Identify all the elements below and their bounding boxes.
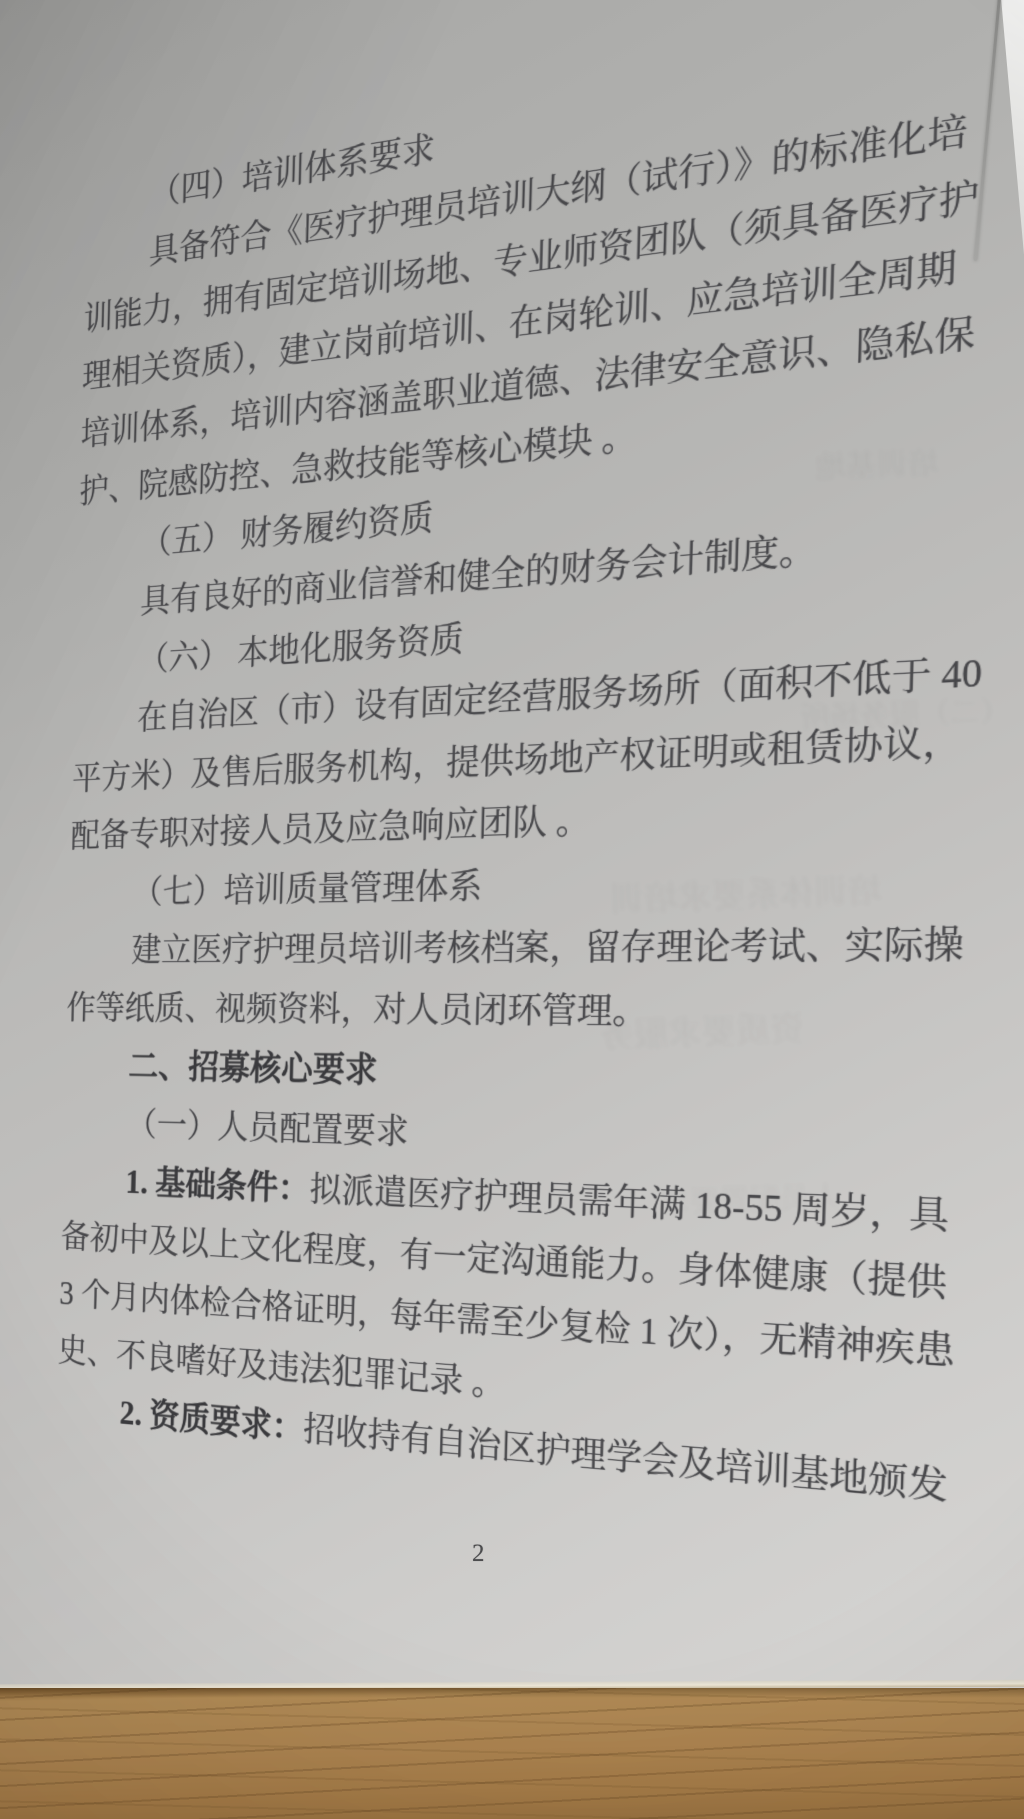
text-segment: （一）人员配置要求 (127, 1106, 409, 1152)
document-text-block: （四）培训体系要求具备符合《医疗护理员培训大纲（试行）》的标准化培训能力，拥有固… (56, 29, 973, 1519)
text-segment: 建立医疗护理员培训考核档案，留存理论考试、实际操 (131, 924, 965, 968)
text-segment: 作等纸质、视频资料，对人员闭环管理。 (66, 990, 649, 1032)
text-segment: 二、招募核心要求 (128, 1048, 378, 1090)
page-number: 2 (472, 1540, 485, 1568)
text-line: 作等纸质、视频资料，对人员闭环管理。 (66, 980, 945, 1048)
text-segment: 配备专职对接人员及应急响应团队 。 (70, 801, 591, 854)
photo-scene: 培训体系要求培训 （二）服务场所 资质要求服务 培训基地 人员配置要求 （四）培… (0, 0, 1024, 1819)
text-line: 建立医疗护理员培训考核档案，留存理论考试、实际操 (67, 912, 946, 980)
text-segment: 1. 基础条件： (125, 1164, 310, 1209)
paper-right-edge (974, 0, 1001, 261)
text-segment: （七）培训质量管理体系 (132, 867, 482, 911)
paper-sheet: 培训体系要求培训 （二）服务场所 资质要求服务 培训基地 人员配置要求 （四）培… (0, 0, 1024, 1690)
desk-surface (0, 1688, 1024, 1819)
text-segment: （六） 本地化服务资质 (138, 620, 464, 679)
text-segment: 2. 资质要求： (119, 1395, 304, 1448)
